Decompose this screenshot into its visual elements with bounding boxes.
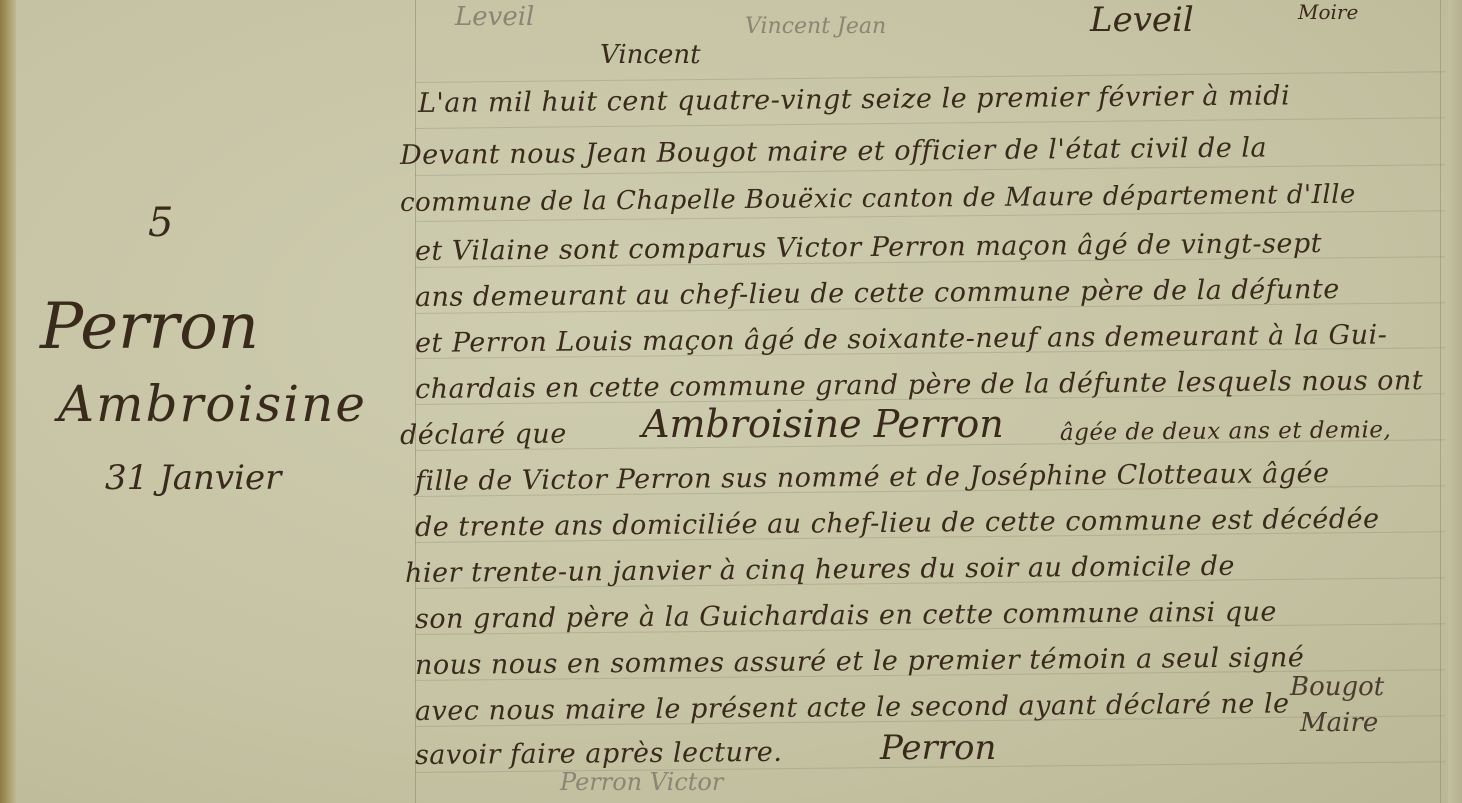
body-line: nous nous en sommes assuré et le premier… xyxy=(415,642,1305,681)
body-line: hier trente-un janvier à cinq heures du … xyxy=(405,551,1235,589)
annotation-moire: Moire xyxy=(1298,0,1358,24)
pencil-signature-perron-victor: Perron Victor xyxy=(560,768,723,796)
deceased-name: Ambroisine Perron xyxy=(642,402,1004,446)
signature-leveil: Leveil xyxy=(1090,0,1194,40)
body-line: savoir faire après lecture. xyxy=(415,737,783,771)
body-line: L'an mil huit cent quatre-vingt seize le… xyxy=(418,80,1290,119)
body-line: et Perron Louis maçon âgé de soixante-ne… xyxy=(415,320,1388,359)
body-line: de trente ans domiciliée au chef-lieu de… xyxy=(415,504,1380,543)
ruled-line xyxy=(415,117,1445,129)
body-line: ans demeurant au chef-lieu de cette comm… xyxy=(415,274,1340,313)
body-line: avec nous maire le présent acte le secon… xyxy=(415,688,1290,727)
right-margin-rule xyxy=(1440,0,1441,803)
pencil-note-vincent-jean: Vincent Jean xyxy=(745,14,886,39)
annotation-vincent: Vincent xyxy=(600,40,701,70)
body-line: déclaré que xyxy=(400,419,567,451)
entry-number: 5 xyxy=(148,200,173,246)
book-binding-edge xyxy=(0,0,16,803)
page-right-edge xyxy=(1448,0,1462,803)
margin-surname: Perron xyxy=(40,290,259,364)
body-line: chardais en cette commune grand père de … xyxy=(415,365,1423,405)
register-page: Leveil Vincent Jean Leveil Moire Vincent… xyxy=(0,0,1462,803)
pencil-note-leveil: Leveil xyxy=(455,2,534,32)
body-line: âgée de deux ans et demie, xyxy=(1060,417,1391,446)
body-line: Devant nous Jean Bougot maire et officie… xyxy=(400,132,1267,171)
body-line: et Vilaine sont comparus Victor Perron m… xyxy=(415,228,1322,267)
body-line: fille de Victor Perron sus nommé et de J… xyxy=(415,458,1330,497)
ruled-line xyxy=(415,71,1445,83)
margin-given-name: Ambroisine xyxy=(58,375,367,433)
body-line: son grand père à la Guichardais en cette… xyxy=(415,596,1277,635)
signature-perron: Perron xyxy=(880,728,996,768)
margin-date: 31 Janvier xyxy=(105,458,281,498)
signature-maire: Maire xyxy=(1300,708,1378,738)
signature-bougot: Bougot xyxy=(1290,672,1384,702)
